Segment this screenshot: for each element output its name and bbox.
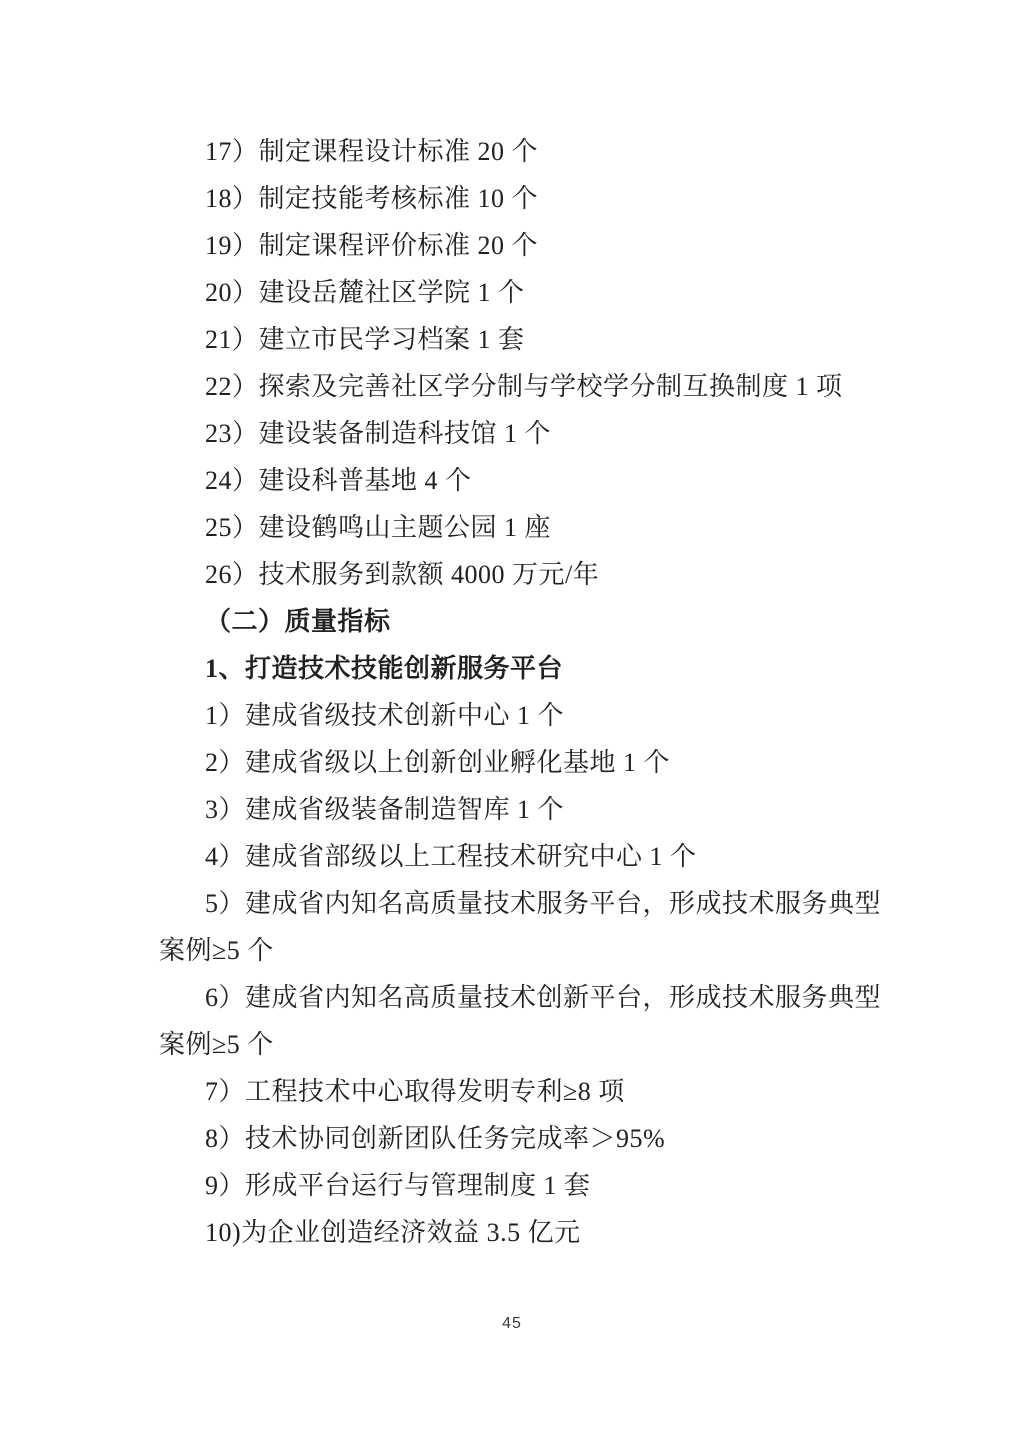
document-page: 17）制定课程设计标准 20 个18）制定技能考核标准 10 个19）制定课程评… [0,0,1024,1448]
text-line: 26）技术服务到款额 4000 万元/年 [159,551,871,598]
text-line: 5）建成省内知名高质量技术服务平台，形成技术服务典型 [159,880,871,927]
text-line: 案例≥5 个 [159,1021,871,1068]
heading-line: （二）质量指标 [159,598,871,645]
text-line: 8）技术协同创新团队任务完成率＞95% [159,1115,871,1162]
text-line: 2）建成省级以上创新创业孵化基地 1 个 [159,739,871,786]
text-line: 23）建设装备制造科技馆 1 个 [159,410,871,457]
text-line: 19）制定课程评价标准 20 个 [159,222,871,269]
text-line: 22）探索及完善社区学分制与学校学分制互换制度 1 项 [159,363,871,410]
text-line: 20）建设岳麓社区学院 1 个 [159,269,871,316]
heading-line: 1、打造技术技能创新服务平台 [159,645,871,692]
text-line: 25）建设鹤鸣山主题公园 1 座 [159,504,871,551]
text-line: 10)为企业创造经济效益 3.5 亿元 [159,1209,871,1256]
text-line: 18）制定技能考核标准 10 个 [159,175,871,222]
document-body: 17）制定课程设计标准 20 个18）制定技能考核标准 10 个19）制定课程评… [159,128,871,1256]
text-line: 1）建成省级技术创新中心 1 个 [159,692,871,739]
text-line: 21）建立市民学习档案 1 套 [159,316,871,363]
text-line: 24）建设科普基地 4 个 [159,457,871,504]
text-line: 17）制定课程设计标准 20 个 [159,128,871,175]
page-number: 45 [0,1312,1024,1336]
text-line: 7）工程技术中心取得发明专利≥8 项 [159,1068,871,1115]
text-line: 3）建成省级装备制造智库 1 个 [159,786,871,833]
text-line: 案例≥5 个 [159,927,871,974]
text-line: 4）建成省部级以上工程技术研究中心 1 个 [159,833,871,880]
text-line: 6）建成省内知名高质量技术创新平台，形成技术服务典型 [159,974,871,1021]
text-line: 9）形成平台运行与管理制度 1 套 [159,1162,871,1209]
